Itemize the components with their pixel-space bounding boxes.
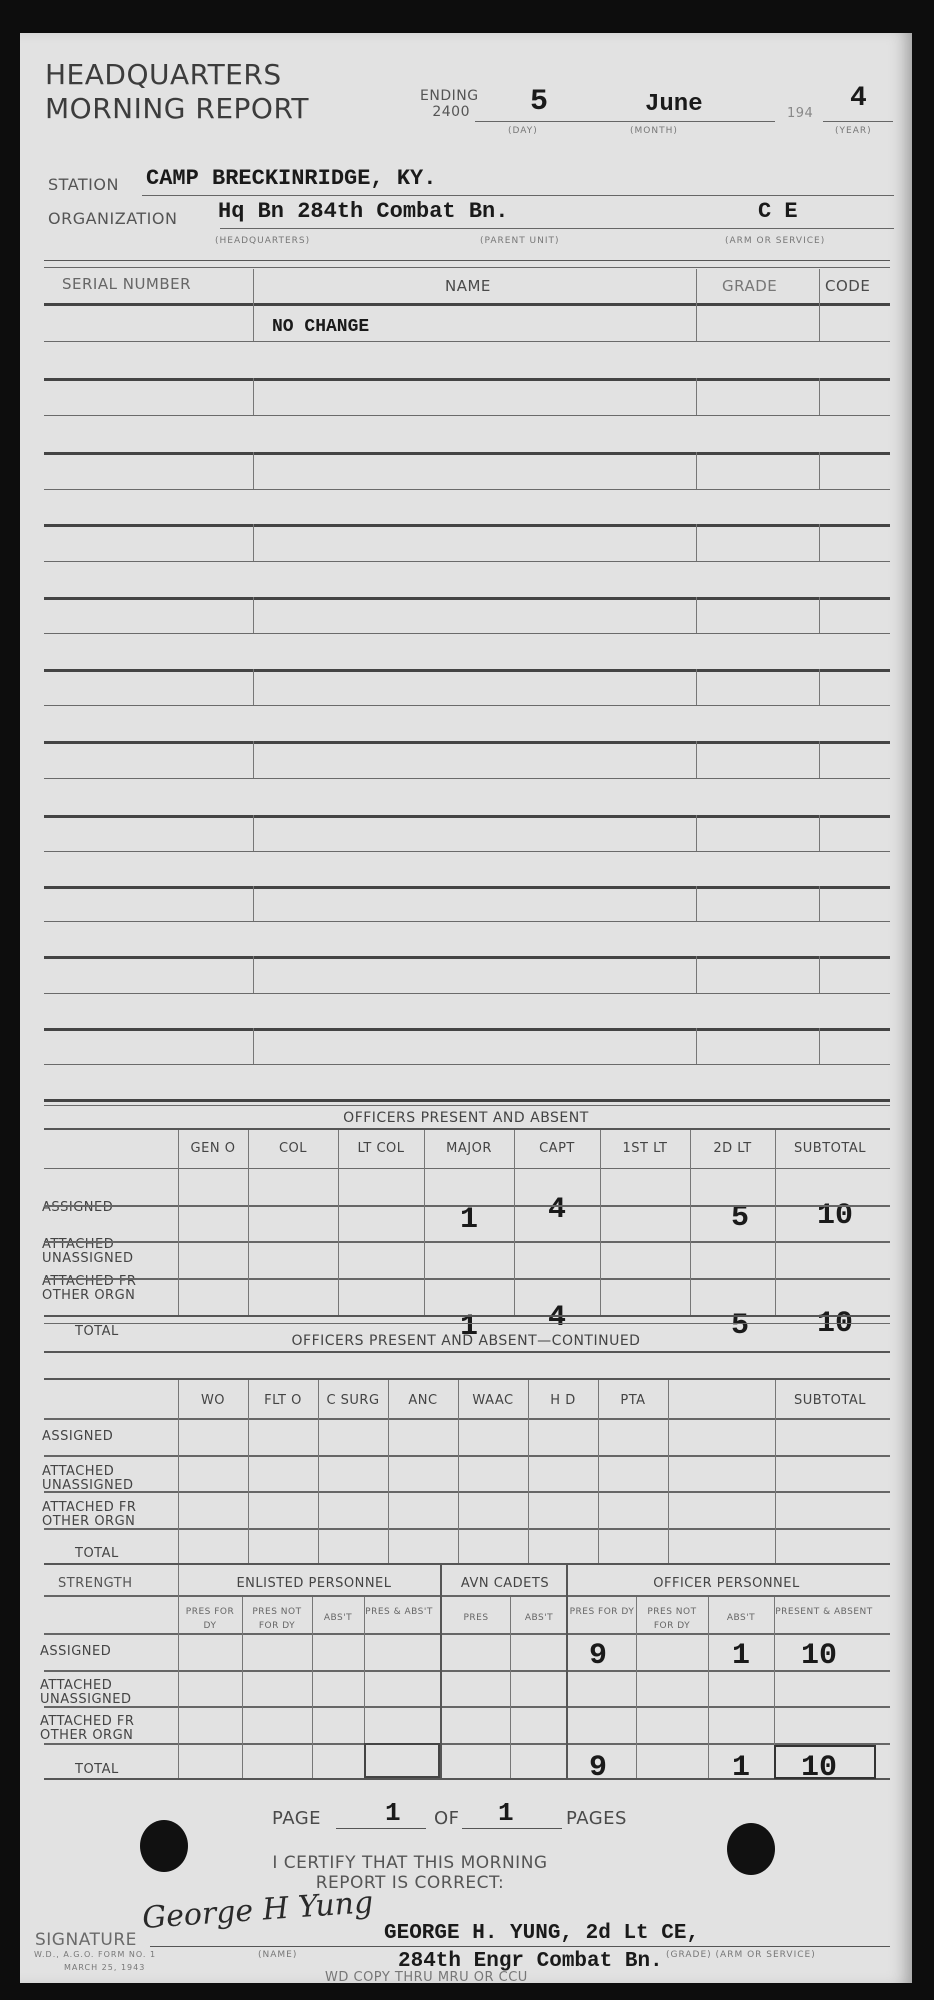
organization-label: ORGANIZATION [48, 209, 177, 228]
page-total: 1 [498, 1798, 514, 1828]
rule [44, 415, 890, 416]
rule [44, 1778, 890, 1780]
strength-label: STRENGTH [58, 1576, 133, 1591]
rule [44, 524, 890, 527]
col-subtotal: SUBTOTAL [775, 1141, 885, 1156]
rule [44, 1528, 890, 1530]
header-code: CODE [825, 277, 870, 295]
divider [178, 1380, 179, 1563]
sub-enl-pres-abst: PRES & ABS'T [364, 1605, 434, 1619]
divider [528, 1380, 529, 1563]
divider [819, 524, 820, 561]
divider [253, 815, 254, 851]
divider [819, 452, 820, 489]
divider [819, 669, 820, 705]
divider [248, 1130, 249, 1315]
punch-hole-right [727, 1823, 775, 1875]
year-caption: (YEAR) [835, 126, 872, 136]
rule [44, 1378, 890, 1380]
divider [566, 1565, 568, 1778]
year-prefix: 194 [787, 106, 813, 121]
divider [253, 669, 254, 705]
row-label-total: TOTAL [75, 1547, 119, 1561]
station-label: STATION [48, 175, 119, 194]
rule [44, 956, 890, 959]
rule [44, 1706, 890, 1708]
day-value: 5 [530, 85, 548, 119]
officers-continued-title: OFFICERS PRESENT AND ABSENT—CONTINUED [20, 1333, 912, 1349]
col-flt-o: FLT O [248, 1393, 318, 1408]
divider [696, 1028, 697, 1064]
roster-top-line-2 [44, 267, 890, 268]
rule [44, 1128, 890, 1130]
officer-total-box [774, 1745, 876, 1779]
rule [44, 303, 890, 306]
divider [819, 1028, 820, 1064]
year-underline [823, 121, 893, 122]
grade-caption: (GRADE) (ARM OR SERVICE) [666, 1950, 816, 1960]
col-1st-lt: 1ST LT [600, 1141, 690, 1156]
officers-table-title: OFFICERS PRESENT AND ABSENT [20, 1110, 912, 1126]
form-date: MARCH 25, 1943 [64, 1963, 145, 1972]
divider [253, 956, 254, 993]
signer-line1: GEORGE H. YUNG, 2d Lt CE, [384, 1922, 699, 1945]
row-label-assigned: ASSIGNED [42, 1430, 113, 1444]
rule [44, 1168, 890, 1169]
divider [696, 956, 697, 993]
divider [424, 1130, 425, 1315]
rule [44, 341, 890, 342]
ending-time: 2400 [420, 104, 470, 120]
form-title-line2: MORNING REPORT [45, 93, 309, 125]
assigned-major: 1 [424, 1203, 514, 1237]
of-label: OF [434, 1808, 460, 1829]
rule [44, 452, 890, 455]
divider [253, 1028, 254, 1064]
organization-value: Hq Bn 284th Combat Bn. [218, 199, 508, 224]
rule [44, 1028, 890, 1031]
assigned-off-abst: 1 [708, 1639, 774, 1673]
divider [598, 1380, 599, 1563]
row-label-attached-unassigned: ATTACHED UNASSIGNED [40, 1679, 150, 1707]
page-num: 1 [385, 1798, 401, 1828]
rule [44, 741, 890, 744]
rule [44, 1743, 890, 1745]
rule [44, 778, 890, 779]
divider [318, 1380, 319, 1563]
assigned-capt: 4 [514, 1193, 600, 1227]
station-underline [142, 195, 894, 196]
roster-entry-name: NO CHANGE [272, 317, 369, 337]
certification-text: I CERTIFY THAT THIS MORNING REPORT IS CO… [220, 1853, 600, 1893]
row-label-assigned: ASSIGNED [42, 1201, 113, 1215]
group-enlisted-personnel: ENLISTED PERSONNEL [178, 1576, 450, 1591]
certify-line1: I CERTIFY THAT THIS MORNING [220, 1853, 600, 1873]
divider [819, 886, 820, 921]
sub-off-abst: ABS'T [708, 1611, 774, 1625]
rule [44, 633, 890, 634]
divider [819, 269, 820, 341]
group-avn-cadets: AVN CADETS [442, 1576, 568, 1591]
divider [696, 741, 697, 778]
col-wo: WO [178, 1393, 248, 1408]
sub-enl-pres-not-for-dy: PRES NOT FOR DY [242, 1605, 312, 1633]
divider [458, 1380, 459, 1563]
date-underline [475, 121, 775, 122]
sub-off-pres-for-dy: PRES FOR DY [568, 1605, 636, 1619]
divider [696, 378, 697, 415]
rule [44, 489, 890, 490]
parent-unit-caption: (PARENT UNIT) [480, 236, 560, 246]
year-suffix: 4 [850, 83, 867, 114]
divider [253, 452, 254, 489]
rule [44, 1105, 890, 1106]
organization-underline [220, 228, 894, 229]
divider [248, 1380, 249, 1563]
col-major: MAJOR [424, 1141, 514, 1156]
assigned-off-present-absent: 10 [774, 1639, 864, 1673]
divider [819, 741, 820, 778]
enlisted-total-box [364, 1743, 440, 1778]
divider [253, 886, 254, 921]
divider [178, 1565, 179, 1778]
sub-enl-pres-for-dy: PRES FOR DY [178, 1605, 242, 1633]
rule [44, 1099, 890, 1102]
row-label-total: TOTAL [75, 1763, 119, 1777]
row-label-attached-fr-other: ATTACHED FR OTHER ORGN [40, 1715, 158, 1743]
divider [696, 269, 697, 341]
divider [696, 452, 697, 489]
col-lt-col: LT COL [338, 1141, 424, 1156]
total-underline [462, 1828, 562, 1829]
col-col: COL [248, 1141, 338, 1156]
divider [819, 378, 820, 415]
rule [44, 815, 890, 818]
sub-enl-abst: ABS'T [312, 1611, 364, 1625]
form-title-line1: HEADQUARTERS [45, 59, 282, 91]
month-value: June [645, 91, 703, 118]
station-value: CAMP BRECKINRIDGE, KY. [146, 166, 436, 191]
col-subtotal-continued: SUBTOTAL [775, 1393, 885, 1408]
col-2d-lt: 2D LT [690, 1141, 775, 1156]
divider [178, 1130, 179, 1315]
header-name: NAME [445, 277, 491, 295]
header-serial-number: SERIAL NUMBER [62, 275, 191, 293]
rule [44, 1323, 890, 1324]
rule [44, 886, 890, 889]
divider [690, 1130, 691, 1315]
wd-copy-note: WD COPY THRU MRU OR CCU [325, 1970, 528, 1985]
divider [819, 815, 820, 851]
divider [253, 269, 254, 341]
divider [668, 1380, 669, 1563]
assigned-off-pres-for-dy: 9 [568, 1639, 628, 1673]
divider [514, 1130, 515, 1315]
rule [44, 851, 890, 852]
headquarters-caption: (HEADQUARTERS) [215, 236, 310, 246]
divider [696, 597, 697, 633]
rule [44, 705, 890, 706]
divider [636, 1597, 637, 1778]
rule [44, 993, 890, 994]
col-pta: PTA [598, 1393, 668, 1408]
pages-label: PAGES [566, 1808, 627, 1829]
rule [44, 1418, 890, 1420]
divider [775, 1130, 776, 1315]
col-gen-o: GEN O [178, 1141, 248, 1156]
rule [44, 1064, 890, 1065]
sub-off-present-absent: PRESENT & ABSENT [774, 1605, 874, 1619]
rule [44, 669, 890, 672]
group-officer-personnel: OFFICER PERSONNEL [568, 1576, 885, 1591]
signature-label: SIGNATURE [35, 1930, 137, 1950]
ending-label: ENDING 2400 [420, 88, 470, 120]
rule [44, 1595, 890, 1597]
divider [696, 524, 697, 561]
certify-line2: REPORT IS CORRECT: [220, 1873, 600, 1893]
morning-report-sheet: HEADQUARTERS MORNING REPORT ENDING 2400 … [20, 33, 912, 1983]
arm-service-caption: (ARM OR SERVICE) [725, 236, 825, 246]
divider [338, 1130, 339, 1315]
divider [696, 815, 697, 851]
divider [696, 669, 697, 705]
divider [242, 1597, 243, 1778]
divider [312, 1597, 313, 1778]
page-label: PAGE [272, 1808, 321, 1829]
divider [708, 1597, 709, 1778]
divider [253, 741, 254, 778]
divider [253, 378, 254, 415]
signature-line [150, 1946, 890, 1947]
row-label-assigned: ASSIGNED [40, 1645, 111, 1659]
rule [44, 921, 890, 922]
sub-cad-abst: ABS'T [510, 1611, 568, 1625]
col-capt: CAPT [514, 1141, 600, 1156]
row-label-attached-fr-other: ATTACHED FR OTHER ORGN [42, 1501, 160, 1529]
rule [44, 1241, 890, 1243]
divider [600, 1130, 601, 1315]
divider [440, 1565, 442, 1778]
divider [388, 1380, 389, 1563]
header-grade: GRADE [722, 277, 777, 295]
ending-text: ENDING [420, 88, 470, 104]
divider [819, 597, 820, 633]
rule [44, 1315, 890, 1317]
day-caption: (DAY) [508, 126, 538, 136]
handwritten-signature: George H Yung [141, 1885, 374, 1936]
sub-cad-pres: PRES [442, 1611, 510, 1625]
divider [253, 597, 254, 633]
punch-hole-left [140, 1820, 188, 1872]
rule [44, 597, 890, 600]
arm-service-value: C E [758, 199, 798, 224]
rule [44, 1278, 890, 1280]
name-caption: (NAME) [258, 1950, 297, 1960]
col-waac: WAAC [458, 1393, 528, 1408]
rule [44, 1351, 890, 1353]
divider [253, 524, 254, 561]
sub-off-pres-not-for-dy: PRES NOT FOR DY [636, 1605, 708, 1633]
rule [44, 378, 890, 381]
rule [44, 1491, 890, 1493]
rule [44, 1455, 890, 1457]
total-capt: 4 [514, 1301, 600, 1335]
rule [44, 1633, 890, 1635]
col-c-surg: C SURG [318, 1393, 388, 1408]
page-underline [336, 1828, 426, 1829]
divider [819, 956, 820, 993]
divider [510, 1597, 511, 1778]
month-caption: (MONTH) [630, 126, 678, 136]
row-label-attached-unassigned: ATTACHED UNASSIGNED [42, 1465, 152, 1493]
col-anc: ANC [388, 1393, 458, 1408]
rule [44, 1563, 890, 1565]
divider [775, 1380, 776, 1563]
rule [44, 1205, 890, 1207]
rule [44, 1670, 890, 1672]
rule [44, 561, 890, 562]
col-hd: H D [528, 1393, 598, 1408]
divider [696, 886, 697, 921]
form-number: W.D., A.G.O. FORM NO. 1 [34, 1950, 156, 1959]
roster-top-line [44, 260, 890, 261]
